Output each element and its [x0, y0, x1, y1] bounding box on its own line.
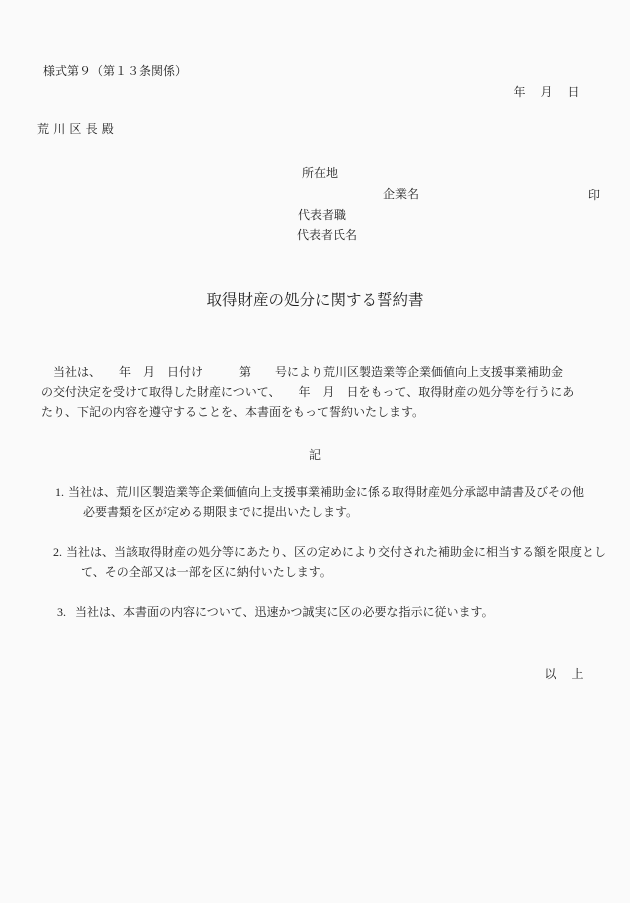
date-line: 年 月 日 — [513, 82, 581, 102]
seal-label: 印 — [588, 185, 600, 205]
item-number: 3. — [57, 602, 75, 622]
representative-name-label: 代表者氏名 — [297, 225, 357, 245]
list-marker: 記 — [0, 445, 630, 465]
item-text: 当社は、当該取得財産の処分等にあたり、区の定めにより交付された補助金に相当する額… — [66, 542, 606, 582]
item-text: 当社は、本書面の内容について、迅速かつ誠実に区の必要な指示に従います。 — [75, 602, 494, 622]
document-title: 取得財産の処分に関する誓約書 — [0, 291, 630, 311]
address-label: 所在地 — [302, 163, 338, 183]
form-number: 様式第９（第１３条関係） — [43, 61, 187, 81]
item-text: 当社は、荒川区製造業等企業価値向上支援事業補助金に係る取得財産処分承認申請書及び… — [68, 482, 584, 522]
item-number: 1. — [55, 482, 68, 522]
closing-line: 以 上 — [544, 664, 585, 684]
item-number: 2. — [53, 542, 66, 582]
representative-title-label: 代表者職 — [298, 205, 346, 225]
list-item: 2.当社は、当該取得財産の処分等にあたり、区の定めにより交付された補助金に相当す… — [53, 542, 606, 582]
body-paragraph: 当社は、 年 月 日付け 第 号により荒川区製造業等企業価値向上支援事業補助金 … — [41, 362, 574, 422]
pledge-document-page: 様式第９（第１３条関係） 年 月 日 荒川区長殿 所在地 企業名 印 代表者職 … — [0, 0, 630, 903]
list-item: 3.当社は、本書面の内容について、迅速かつ誠実に区の必要な指示に従います。 — [57, 602, 494, 622]
recipient-line: 荒川区長殿 — [37, 119, 118, 139]
company-name-label: 企業名 — [383, 184, 419, 204]
list-item: 1.当社は、荒川区製造業等企業価値向上支援事業補助金に係る取得財産処分承認申請書… — [55, 482, 584, 522]
